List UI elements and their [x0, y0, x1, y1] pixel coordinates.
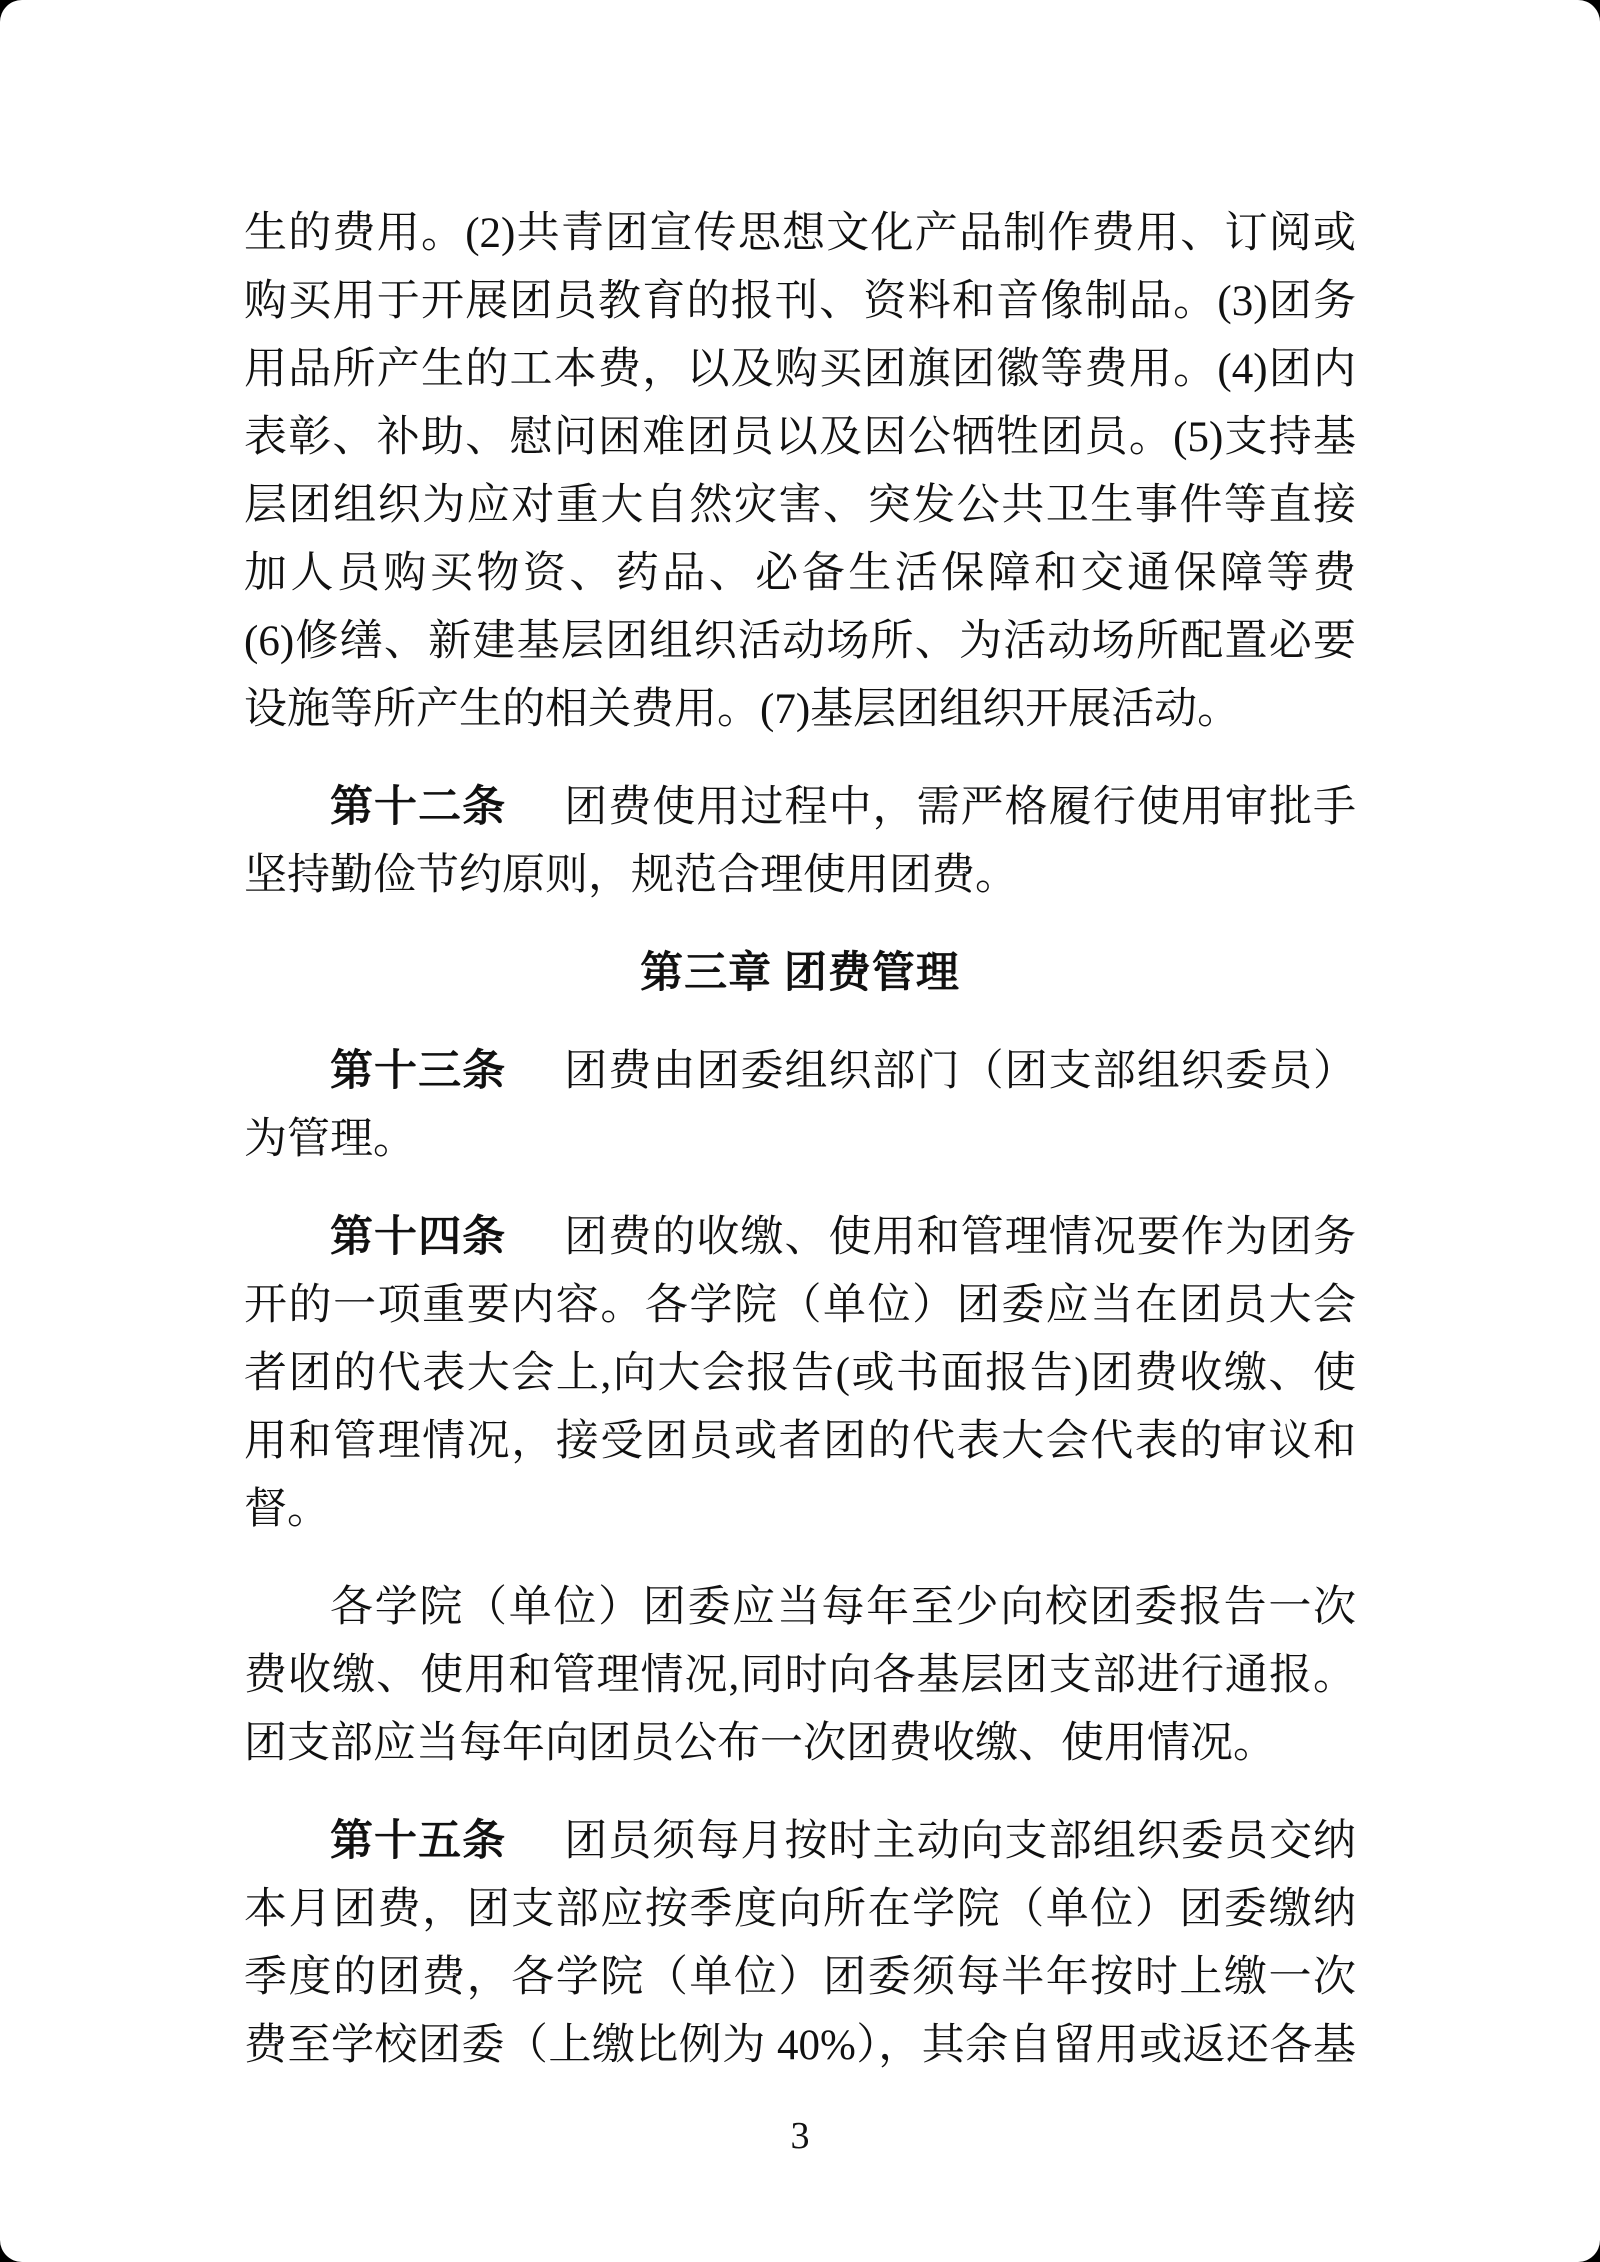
text-line: 第十四条团费的收缴、使用和管理情况要作为团务公: [244, 1204, 1356, 1272]
line-text: 设施等所产生的相关费用。(7)基层团组织开展活动。: [244, 686, 1240, 733]
line-text: 团支部应当每年向团员公布一次团费收缴、使用情况。: [244, 1720, 1276, 1767]
chapter-heading: 第三章 团费管理: [244, 940, 1356, 1008]
text-line: 季度的团费，各学院（单位）团委须每半年按时上缴一次团: [244, 1944, 1356, 2012]
text-line: 为管理。: [244, 1106, 1356, 1174]
line-text: 者团的代表大会上,向大会报告(或书面报告)团费收缴、使: [244, 1350, 1356, 1397]
text-line: 用和管理情况，接受团员或者团的代表大会代表的审议和监: [244, 1408, 1356, 1476]
text-line: (6)修缮、新建基层团组织活动场所、为活动场所配置必要: [244, 608, 1356, 676]
line-text: 费收缴、使用和管理情况,同时向各基层团支部进行通报。: [244, 1652, 1356, 1699]
paragraph: 生的费用。(2)共青团宣传思想文化产品制作费用、订阅或购买用于开展团员教育的报刊…: [244, 200, 1356, 744]
text-line: 设施等所产生的相关费用。(7)基层团组织开展活动。: [244, 676, 1356, 744]
line-text: 季度的团费，各学院（单位）团委须每半年按时上缴一次团: [244, 1954, 1356, 2012]
text-line: 坚持勤俭节约原则，规范合理使用团费。: [244, 842, 1356, 910]
line-text: 开的一项重要内容。各学院（单位）团委应当在团员大会或: [244, 1282, 1356, 1340]
text-line: 各学院（单位）团委应当每年至少向校团委报告一次团: [244, 1574, 1356, 1642]
text-line: 生的费用。(2)共青团宣传思想文化产品制作费用、订阅或: [244, 200, 1356, 268]
line-text: 本月团费，团支部应按季度向所在学院（单位）团委缴纳该: [244, 1886, 1356, 1944]
text-line: 费至学校团委（上缴比例为 40%），其余自留用或返还各基: [244, 2012, 1356, 2080]
line-text: 费至学校团委（上缴比例为 40%），其余自留用或返还各基: [244, 2022, 1356, 2069]
line-text: 用和管理情况，接受团员或者团的代表大会代表的审议和监: [244, 1418, 1356, 1476]
line-text: 督。: [244, 1486, 330, 1533]
paragraph: 第十五条团员须每月按时主动向支部组织委员交纳本月团费，团支部应按季度向所在学院（…: [244, 1808, 1356, 2080]
line-text: 各学院（单位）团委应当每年至少向校团委报告一次团: [244, 1584, 1356, 1642]
text-line: 开的一项重要内容。各学院（单位）团委应当在团员大会或: [244, 1272, 1356, 1340]
line-text: 为管理。: [244, 1116, 416, 1163]
text-line: 第十三条团费由团委组织部门（团支部组织委员）代: [244, 1038, 1356, 1106]
text-line: 用品所产生的工本费，以及购买团旗团徽等费用。(4)团内: [244, 336, 1356, 404]
line-text: 生的费用。(2)共青团宣传思想文化产品制作费用、订阅或: [244, 210, 1356, 257]
article-number: 第十五条: [330, 1818, 506, 1865]
text-line: 第十二条团费使用过程中，需严格履行使用审批手续，: [244, 774, 1356, 842]
paragraph: 第十三条团费由团委组织部门（团支部组织委员）代为管理。: [244, 1038, 1356, 1174]
line-text: (6)修缮、新建基层团组织活动场所、为活动场所配置必要: [244, 618, 1356, 665]
page-number: 3: [0, 2112, 1600, 2160]
text-line: 者团的代表大会上,向大会报告(或书面报告)团费收缴、使: [244, 1340, 1356, 1408]
text-line: 本月团费，团支部应按季度向所在学院（单位）团委缴纳该: [244, 1876, 1356, 1944]
line-text: 坚持勤俭节约原则，规范合理使用团费。: [244, 852, 1018, 899]
text-line: 团支部应当每年向团员公布一次团费收缴、使用情况。: [244, 1710, 1356, 1778]
document-page: 生的费用。(2)共青团宣传思想文化产品制作费用、订阅或购买用于开展团员教育的报刊…: [0, 0, 1600, 2262]
article-number: 第十二条: [330, 784, 506, 831]
text-line: 第十五条团员须每月按时主动向支部组织委员交纳: [244, 1808, 1356, 1876]
line-text: 用品所产生的工本费，以及购买团旗团徽等费用。(4)团内: [244, 346, 1356, 393]
text-line: 督。: [244, 1476, 1356, 1544]
text-line: 加人员购买物资、药品、必备生活保障和交通保障等费用。: [244, 540, 1356, 608]
document-body: 生的费用。(2)共青团宣传思想文化产品制作费用、订阅或购买用于开展团员教育的报刊…: [244, 200, 1356, 2080]
text-line: 购买用于开展团员教育的报刊、资料和音像制品。(3)团务: [244, 268, 1356, 336]
text-line: 层团组织为应对重大自然灾害、突发公共卫生事件等直接参: [244, 472, 1356, 540]
line-text: 购买用于开展团员教育的报刊、资料和音像制品。(3)团务: [244, 278, 1356, 325]
line-text: 表彰、补助、慰问困难团员以及因公牺牲团员。(5)支持基: [244, 414, 1356, 461]
paragraph: 第十二条团费使用过程中，需严格履行使用审批手续，坚持勤俭节约原则，规范合理使用团…: [244, 774, 1356, 910]
line-text: 团员须每月按时主动向支部组织委员交纳: [564, 1818, 1356, 1865]
text-line: 表彰、补助、慰问困难团员以及因公牺牲团员。(5)支持基: [244, 404, 1356, 472]
article-number: 第十三条: [330, 1048, 506, 1095]
text-line: 费收缴、使用和管理情况,同时向各基层团支部进行通报。: [244, 1642, 1356, 1710]
paragraph: 第十四条团费的收缴、使用和管理情况要作为团务公开的一项重要内容。各学院（单位）团…: [244, 1204, 1356, 1544]
paragraph: 各学院（单位）团委应当每年至少向校团委报告一次团费收缴、使用和管理情况,同时向各…: [244, 1574, 1356, 1778]
line-text: 层团组织为应对重大自然灾害、突发公共卫生事件等直接参: [244, 482, 1356, 540]
article-number: 第十四条: [330, 1214, 506, 1261]
line-text: 加人员购买物资、药品、必备生活保障和交通保障等费用。: [244, 550, 1356, 608]
